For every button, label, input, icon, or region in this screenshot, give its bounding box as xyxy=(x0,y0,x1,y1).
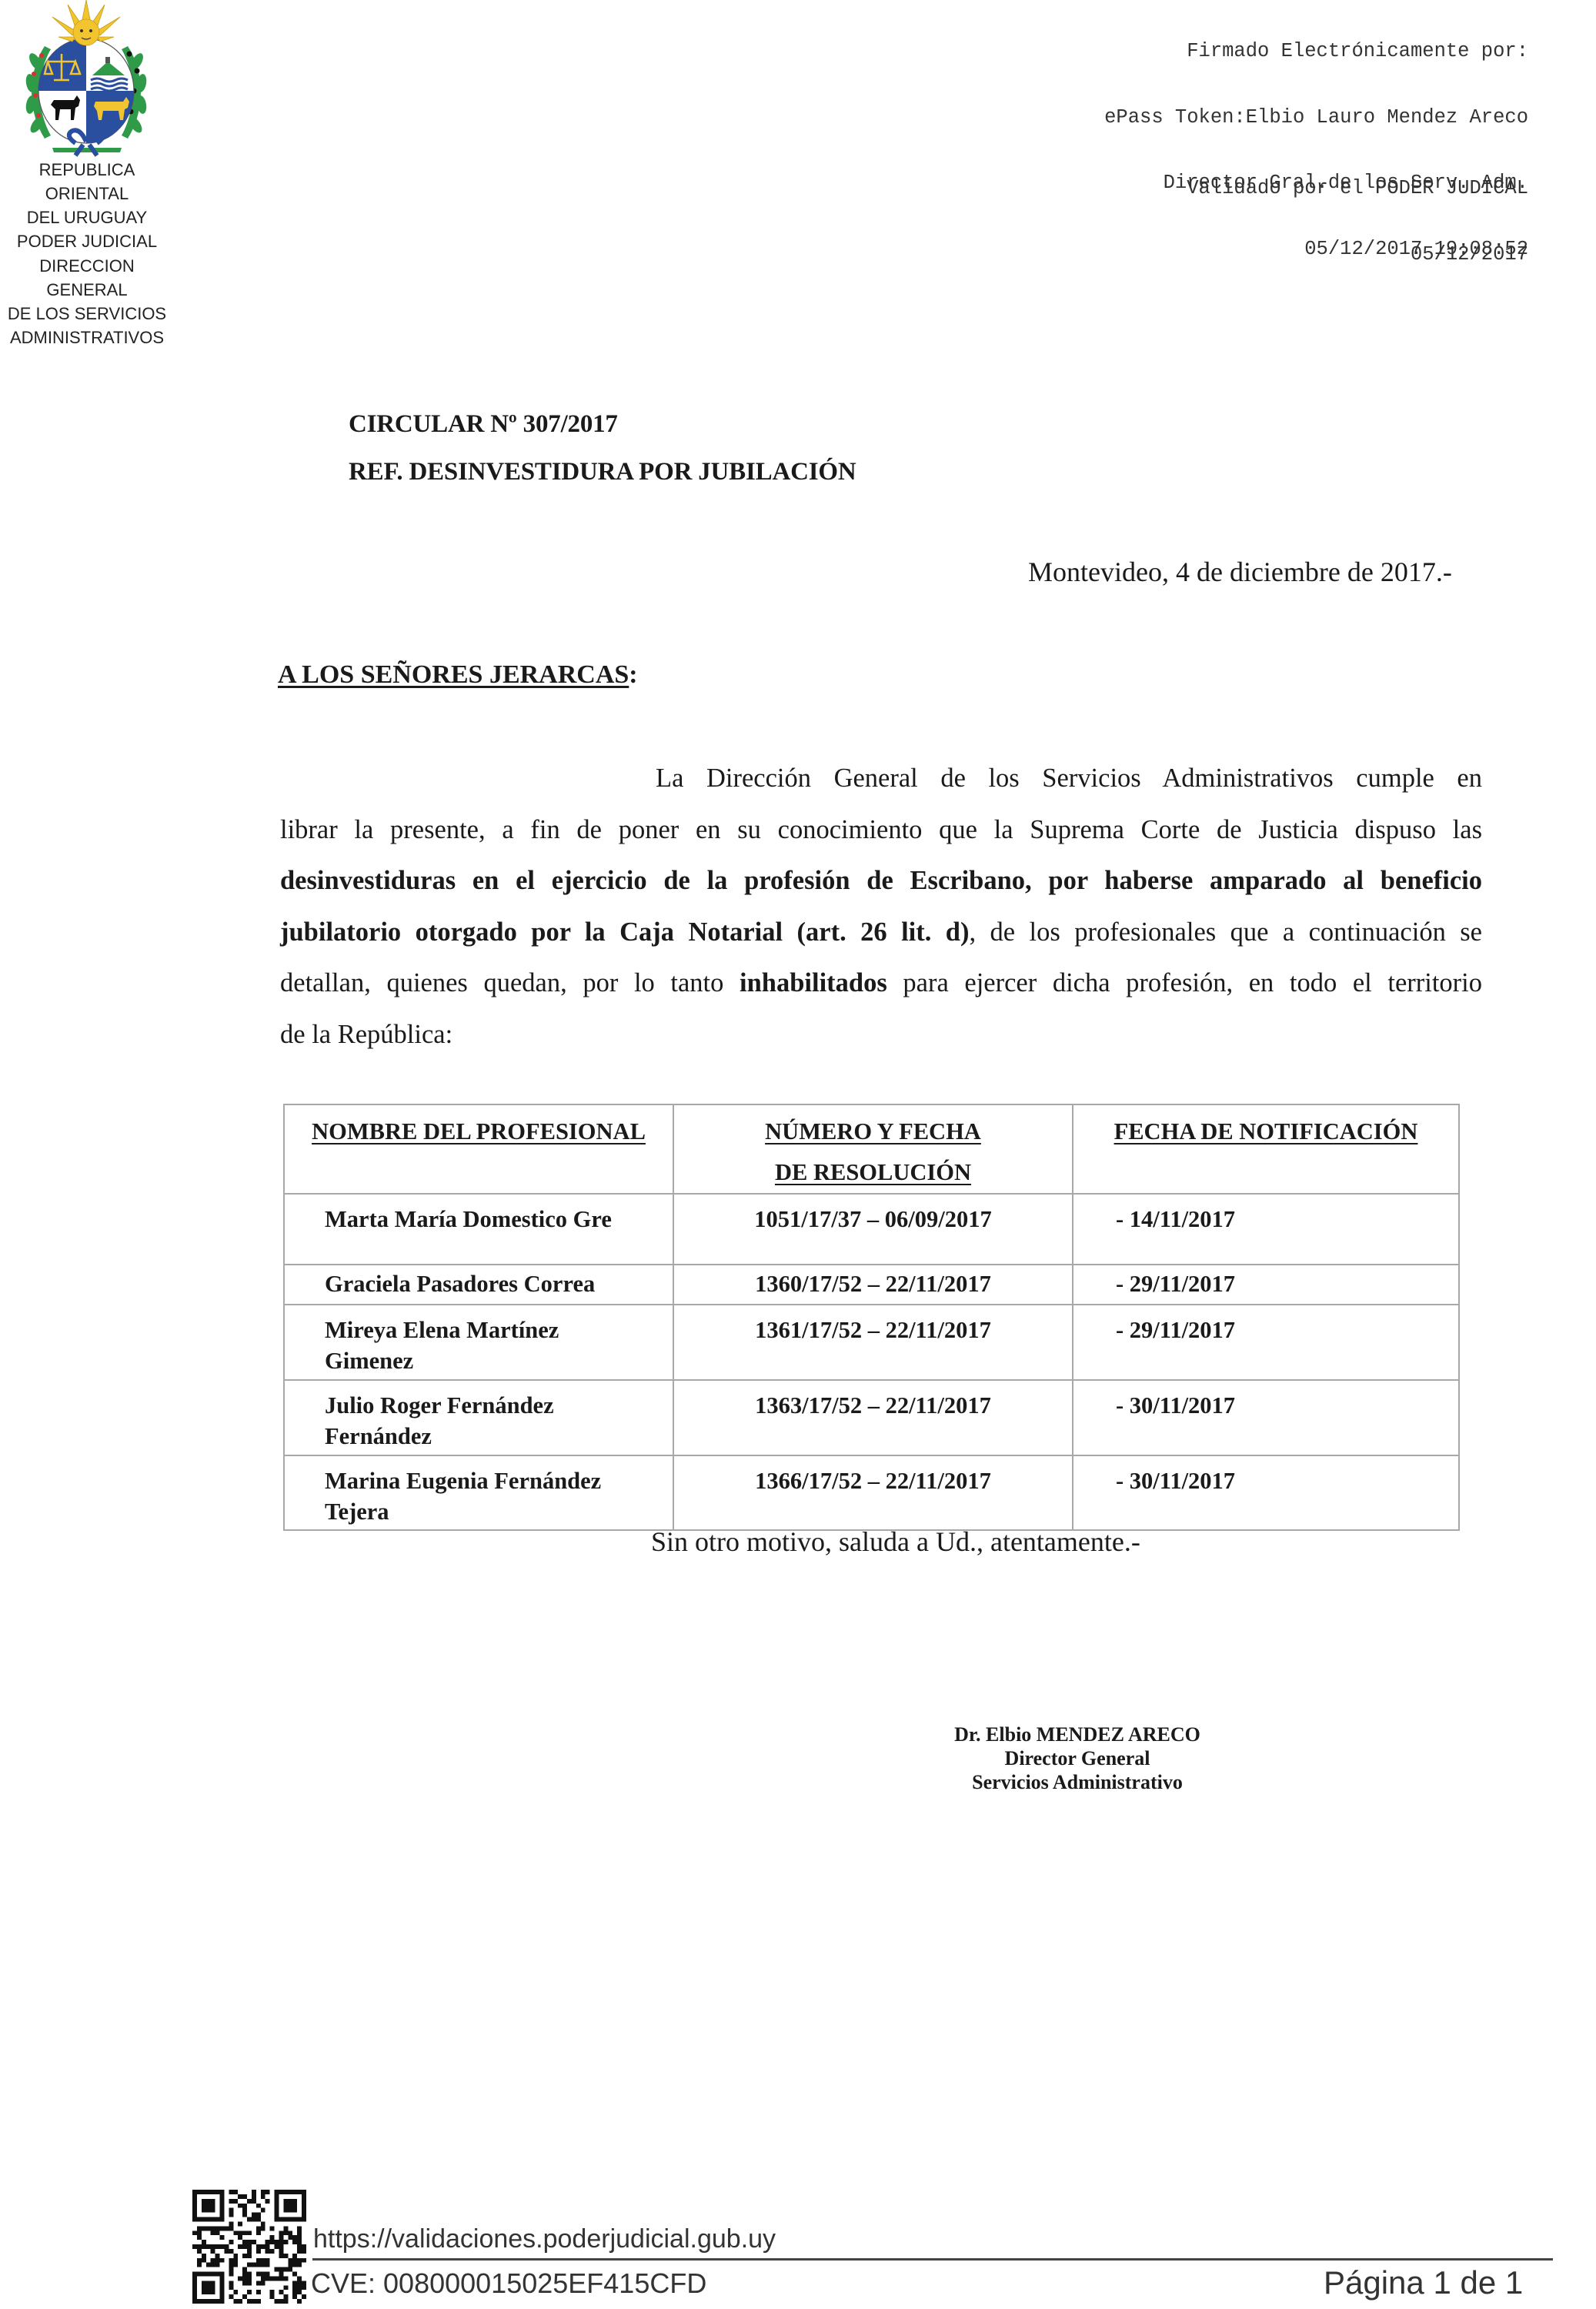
circular-reference: REF. DESINVESTIDURA POR JUBILACIÓN xyxy=(349,458,856,486)
body-paragraph: La Dirección General de los Servicios Ad… xyxy=(280,753,1482,1060)
resolution-number-date: 1366/17/52 – 22/11/2017 xyxy=(673,1455,1073,1530)
logo-line: REPUBLICA ORIENTAL xyxy=(0,158,174,206)
logo-line: DIRECCION GENERAL xyxy=(0,254,174,302)
signer-name: Dr. Elbio MENDEZ ARECO xyxy=(885,1723,1270,1746)
footer-divider xyxy=(312,2258,1553,2261)
body-line: detallan, quienes quedan, por lo tanto i… xyxy=(280,957,1482,1009)
emphasized-text: desinvestiduras en el ejercicio de la pr… xyxy=(280,866,1482,895)
body-text-segment: de la República: xyxy=(280,1020,452,1049)
department-name: DIRECCION GENERAL DE LOS SERVICIOS ADMIN… xyxy=(0,254,174,349)
header-notification: FECHA DE NOTIFICACIÓN xyxy=(1073,1104,1459,1194)
logo-line: ADMINISTRATIVOS xyxy=(0,326,174,349)
body-line: desinvestiduras en el ejercicio de la pr… xyxy=(280,855,1482,907)
resolution-number-date: 1360/17/52 – 22/11/2017 xyxy=(673,1265,1073,1305)
header-resolution: NÚMERO Y FECHA DE RESOLUCIÓN xyxy=(673,1104,1073,1194)
body-text-segment: La Dirección General de los Servicios Ad… xyxy=(656,764,1482,793)
qr-code-icon xyxy=(192,2189,306,2304)
table-row: Graciela Pasadores Correa1360/17/52 – 22… xyxy=(284,1265,1459,1305)
logo-line: PODER JUDICIAL xyxy=(0,229,174,253)
signature-block: Dr. Elbio MENDEZ ARECO Director General … xyxy=(885,1723,1270,1794)
validation-stamp: Validado por el PODER JUDICAL 05/12/2017 xyxy=(1187,134,1528,288)
body-line: La Dirección General de los Servicios Ad… xyxy=(280,753,1482,804)
table-row: Marina Eugenia Fernández Tejera1366/17/5… xyxy=(284,1455,1459,1530)
body-line: librar la presente, a fin de poner en su… xyxy=(280,804,1482,856)
stamp-line: 05/12/2017 xyxy=(1187,244,1528,266)
logo-line: DEL URUGUAY xyxy=(0,206,174,229)
table-row: Julio Roger Fernández Fernández1363/17/5… xyxy=(284,1380,1459,1455)
closing-line: Sin otro motivo, saluda a Ud., atentamen… xyxy=(651,1525,1140,1558)
table-row: Marta María Domestico Gre1051/17/37 – 06… xyxy=(284,1194,1459,1265)
institution-name: REPUBLICA ORIENTAL DEL URUGUAY PODER JUD… xyxy=(0,158,174,253)
notification-date: - 14/11/2017 xyxy=(1073,1194,1459,1265)
resolution-number-date: 1361/17/52 – 22/11/2017 xyxy=(673,1305,1073,1380)
professional-name: Mireya Elena Martínez Gimenez xyxy=(284,1305,673,1380)
professional-name: Marta María Domestico Gre xyxy=(284,1194,673,1265)
date-line: Montevideo, 4 de diciembre de 2017.- xyxy=(1028,556,1452,588)
signer-title: Director General xyxy=(885,1746,1270,1770)
signer-department: Servicios Administrativo xyxy=(885,1770,1270,1794)
header-name: NOMBRE DEL PROFESIONAL xyxy=(284,1104,673,1194)
professional-name: Graciela Pasadores Correa xyxy=(284,1265,673,1305)
salutation-text: A LOS SEÑORES JERARCAS xyxy=(278,660,629,689)
body-text-segment: detallan, quienes quedan, por lo tanto xyxy=(280,968,740,997)
notification-date: - 30/11/2017 xyxy=(1073,1455,1459,1530)
emphasized-text: inhabilitados xyxy=(740,968,887,997)
professional-name: Marina Eugenia Fernández Tejera xyxy=(284,1455,673,1530)
emphasized-text: jubilatorio otorgado por la Caja Notaria… xyxy=(280,917,969,947)
resolution-number-date: 1051/17/37 – 06/09/2017 xyxy=(673,1194,1073,1265)
body-text-segment: para ejercer dicha profesión, en todo el… xyxy=(887,968,1482,997)
notification-date: - 29/11/2017 xyxy=(1073,1265,1459,1305)
professionals-table: NOMBRE DEL PROFESIONAL NÚMERO Y FECHA DE… xyxy=(283,1104,1460,1531)
table-header-row: NOMBRE DEL PROFESIONAL NÚMERO Y FECHA DE… xyxy=(284,1104,1459,1194)
notification-date: - 29/11/2017 xyxy=(1073,1305,1459,1380)
body-line: de la República: xyxy=(280,1009,1482,1061)
circular-number: CIRCULAR Nº 307/2017 xyxy=(349,410,618,439)
body-text-segment: , de los profesionales que a continuació… xyxy=(969,917,1482,947)
professional-name: Julio Roger Fernández Fernández xyxy=(284,1380,673,1455)
salutation-colon: : xyxy=(629,660,637,689)
cve-code: CVE: 008000015025EF415CFD xyxy=(311,2267,706,2300)
notification-date: - 30/11/2017 xyxy=(1073,1380,1459,1455)
validation-url[interactable]: https://validaciones.poderjudicial.gub.u… xyxy=(313,2224,776,2254)
logo-line: DE LOS SERVICIOS xyxy=(0,302,174,326)
body-text-segment: librar la presente, a fin de poner en su… xyxy=(280,815,1482,844)
stamp-line: Firmado Electrónicamente por: xyxy=(1104,41,1528,63)
uruguay-coat-of-arms-icon xyxy=(14,0,159,160)
table-row: Mireya Elena Martínez Gimenez1361/17/52 … xyxy=(284,1305,1459,1380)
body-line: jubilatorio otorgado por la Caja Notaria… xyxy=(280,907,1482,958)
stamp-line: ePass Token:Elbio Lauro Mendez Areco xyxy=(1104,107,1528,129)
stamp-line: Validado por el PODER JUDICAL xyxy=(1187,178,1528,200)
resolution-number-date: 1363/17/52 – 22/11/2017 xyxy=(673,1380,1073,1455)
page-number: Página 1 de 1 xyxy=(1324,2264,1523,2301)
salutation: A LOS SEÑORES JERARCAS: xyxy=(278,660,638,690)
